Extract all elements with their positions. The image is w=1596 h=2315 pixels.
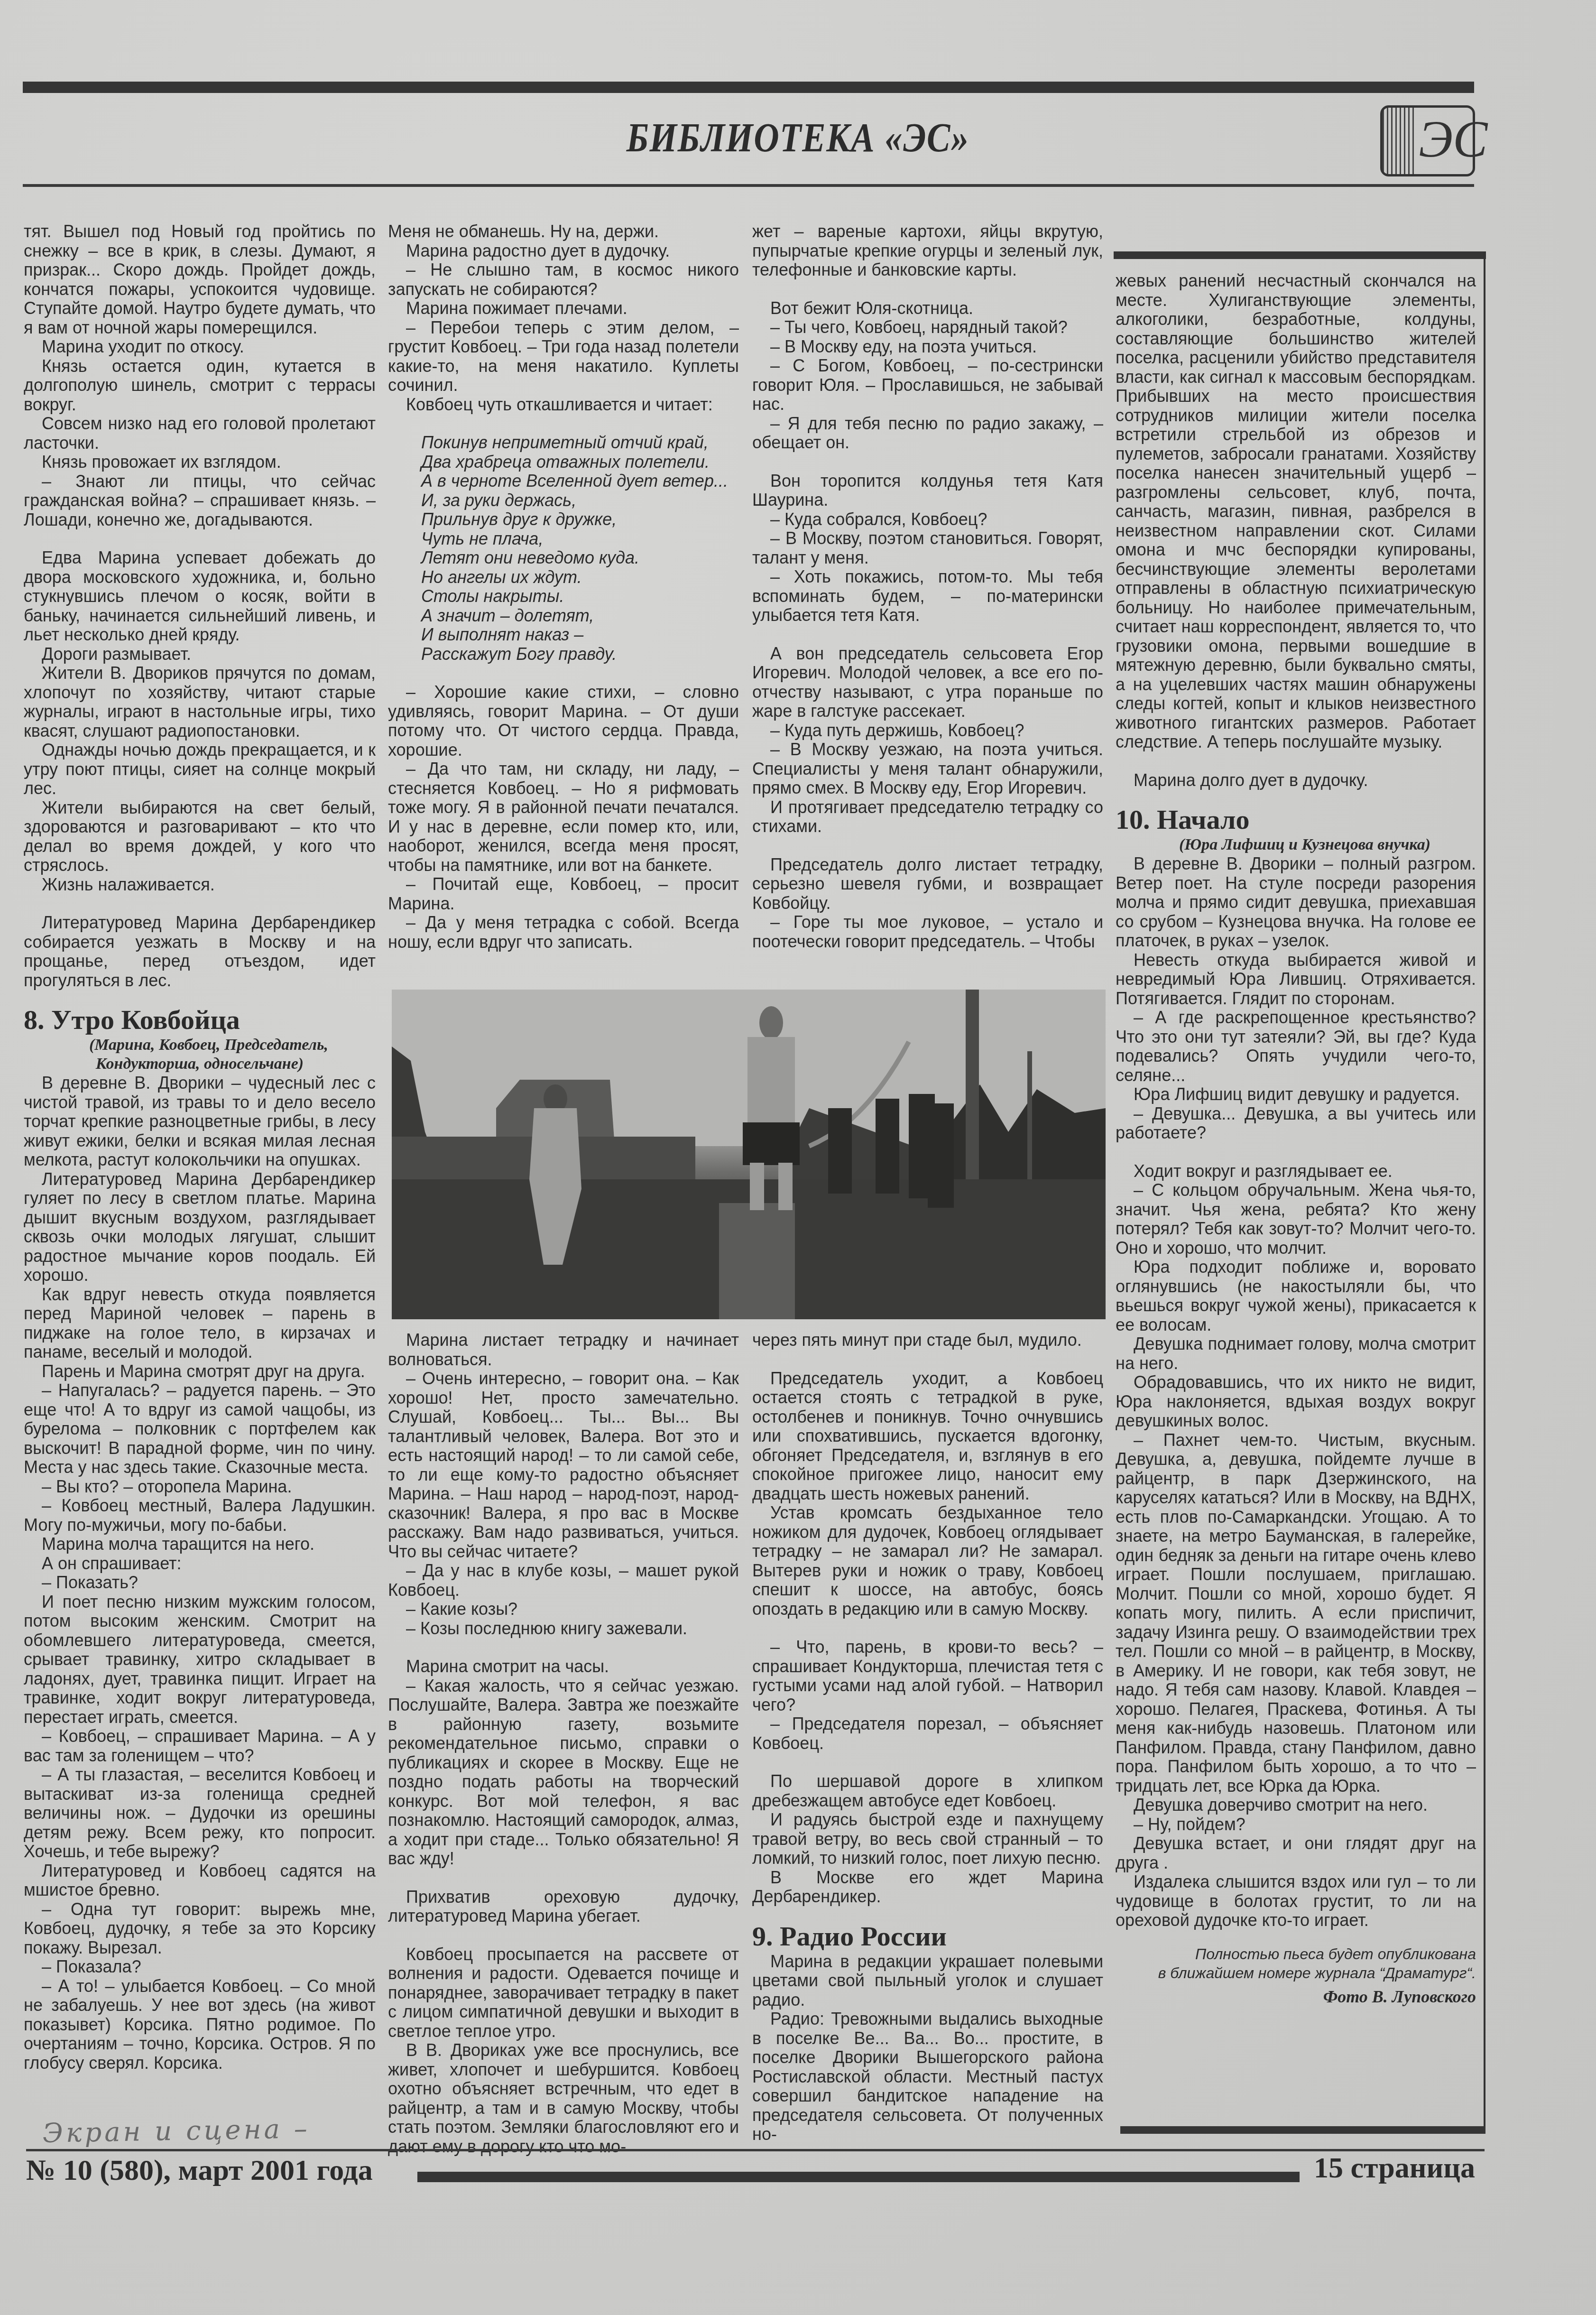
paragraph: Ковбоец просыпается на рассвете от волне… [388, 1945, 739, 2041]
footer-rule [26, 2149, 1485, 2151]
paragraph: – Почитай еще, Ковбоец, – просит Марина. [388, 875, 739, 913]
paragraph: – Очень интересно, – говорит она. – Как … [388, 1369, 739, 1561]
poem-line: И выполнят наказ – [421, 625, 739, 645]
paragraph: – В Москву еду, на поэта учиться. [752, 337, 1103, 357]
paragraph: – В Москву, поэтом становиться. Говорят,… [752, 529, 1103, 567]
paragraph: И поет песню низким мужским голосом, пот… [24, 1593, 376, 1727]
paragraph: А он спрашивает: [24, 1554, 376, 1574]
header-bottom-rule [23, 184, 1474, 187]
paragraph: Марина долго дует в дудочку. [1116, 771, 1476, 790]
paragraph: – Горе ты мое луковое, – устало и поотеч… [752, 913, 1103, 951]
poem: Покинув неприметный отчий край, Два храб… [421, 433, 739, 664]
paragraph: В В. Двориках уже все проснулись, все жи… [388, 2041, 739, 2156]
paragraph: Князь остается один, кутается в долгопол… [24, 357, 376, 415]
paragraph: – Козы последнюю книгу зажевали. [388, 1619, 739, 1639]
paragraph: Издалека слышится вздох или гул – то ли … [1116, 1872, 1476, 1930]
paragraph: жевых ранений несчастный скончался на ме… [1116, 271, 1476, 752]
page-number: 15 страница [1314, 2151, 1475, 2185]
poem-line: А в черноте Вселенной дует ветер... [421, 472, 739, 491]
paragraph: – Какая жалость, что я сейчас уезжаю. По… [388, 1676, 739, 1869]
paragraph: Марина смотрит на часы. [388, 1657, 739, 1676]
paragraph: Марина уходит по откосу. [24, 337, 376, 357]
poem-line: Столы накрыты. [421, 587, 739, 606]
publication-note-line-1: Полностью пьеса будет опубликована [1116, 1945, 1476, 1963]
scene-photo [392, 990, 1106, 1319]
paragraph: В деревне В. Дворики – полный разгром. В… [1116, 854, 1476, 951]
paragraph: – Что, парень, в крови-то весь? – спраши… [752, 1638, 1103, 1714]
scene-heading: 10. Начало [1116, 804, 1476, 835]
paragraph: – Какие козы? [388, 1600, 739, 1619]
paragraph: – Показать? [24, 1573, 376, 1593]
paragraph: Прихватив ореховую дудочку, литературове… [388, 1888, 739, 1926]
paragraph: – А то! – улыбается Ковбоец. – Со мной н… [24, 1977, 376, 2073]
paragraph: – Хорошие какие стихи, – словно удивляяс… [388, 683, 739, 759]
paragraph: – Куда собрался, Ковбоец? [752, 510, 1103, 529]
scene-cast: (Марина, Ковбоец, Председатель, Кондукто… [24, 1036, 376, 1074]
paragraph: Совсем низко над его головой пролетают л… [24, 414, 376, 453]
paragraph: В деревне В. Дворики – чудесный лес с чи… [24, 1074, 376, 1170]
paragraph: Едва Марина успевает добежать до двора м… [24, 548, 376, 645]
paragraph: Девушка доверчиво смотрит на него. [1116, 1796, 1476, 1815]
paragraph: Литературовед Марина Дербарендикер собир… [24, 913, 376, 990]
column-1: тят. Вышел под Новый год пройтись по сне… [24, 222, 376, 2073]
box-bottom-rule [1120, 2126, 1485, 2134]
poem-line: Прильнув друг к дружке, [421, 510, 739, 529]
paragraph: – Ковбоец местный, Валера Ладушкин. Могу… [24, 1496, 376, 1535]
paragraph: – Да у меня тетрадка с собой. Всегда нош… [388, 913, 739, 952]
paragraph: – С кольцом обручальным. Жена чья-то, зн… [1116, 1181, 1476, 1258]
poem-line: Но ангелы их ждут. [421, 568, 739, 587]
photo-illustration [392, 990, 1106, 1319]
paragraph: тят. Вышел под Новый год пройтись по сне… [24, 222, 376, 337]
paragraph: Вот бежит Юля-скотница. [752, 299, 1103, 318]
paragraph: Дороги размывает. [24, 645, 376, 664]
column-3-top: жет – вареные картохи, яйцы вкрутую, пуп… [752, 222, 1103, 951]
paragraph: Как вдруг невесть откуда появляется пере… [24, 1285, 376, 1362]
paragraph: Парень и Марина смотрят друг на друга. [24, 1362, 376, 1381]
publication-note-line-2: в ближайшем номере журнала “Драматург“. [1116, 1963, 1476, 1982]
paragraph: – А где раскрепощенное крестьянство? Что… [1116, 1008, 1476, 1085]
paragraph: – В Москву уезжаю, на поэта учиться. Спе… [752, 740, 1103, 798]
paragraph: Марина в редакции украшает полевыми цвет… [752, 1952, 1103, 2010]
paragraph: Радио: Тревожными выдались выходные в по… [752, 2009, 1103, 2144]
paragraph: – Да что там, ни складу, ни ладу, – стес… [388, 759, 739, 875]
paragraph: Председатель долго листает тетрадку, сер… [752, 855, 1103, 913]
paragraph: Литературовед и Ковбоец садятся на мшист… [24, 1861, 376, 1900]
paragraph: Юра подходит поближе и, воровато оглянув… [1116, 1258, 1476, 1334]
paragraph: Девушка поднимает голову, молча смотрит … [1116, 1334, 1476, 1373]
paragraph: Невесть откуда выбирается живой и невред… [1116, 951, 1476, 1009]
paragraph: – Знают ли птицы, что сейчас гражданская… [24, 472, 376, 530]
paragraph: В Москве его ждет Марина Дербарендикер. [752, 1868, 1103, 1907]
paragraph: Обрадовавшись, что их никто не видит, Юр… [1116, 1373, 1476, 1431]
scene-heading: 9. Радио России [752, 1921, 1103, 1952]
paragraph: – Напугалась? – радуется парень. – Это е… [24, 1381, 376, 1477]
paragraph: – Девушка... Девушка, а вы учитесь или р… [1116, 1104, 1476, 1143]
paragraph: Марина пожимает плечами. [388, 299, 739, 318]
poem-line: А значит – долетят, [421, 606, 739, 626]
paragraph: Литературовед Марина Дербарендикер гуляе… [24, 1170, 376, 1285]
header-top-rule [23, 82, 1474, 93]
poem-line: Покинув неприметный отчий край, [421, 433, 739, 453]
paragraph: Марина листает тетрадку и начинает волно… [388, 1331, 739, 1369]
paragraph: – Показала? [24, 1957, 376, 1977]
paragraph: И протягивает председателю тетрадку со с… [752, 798, 1103, 836]
paragraph: – Хоть покажись, потом-то. Мы тебя вспом… [752, 567, 1103, 625]
paragraph: Жители В. Двориков прячутся по домам, хл… [24, 664, 376, 741]
paragraph: Девушка встает, и они глядят друг на дру… [1116, 1834, 1476, 1872]
paragraph: И радуясь быстрой езде и пахнущему траво… [752, 1810, 1103, 1868]
paragraph: Меня не обманешь. Ну на, держи. [388, 222, 739, 241]
paragraph: Вон торопится колдунья тетя Катя Шаурина… [752, 472, 1103, 510]
paragraph: жет – вареные картохи, яйцы вкрутую, пуп… [752, 222, 1103, 280]
paragraph: – Председателя порезал, – объясняет Ковб… [752, 1714, 1103, 1753]
paragraph: – Ну, пойдем? [1116, 1815, 1476, 1834]
paragraph: Жизнь налаживается. [24, 875, 376, 895]
section-masthead: БИБЛИОТЕКА «ЭС» [0, 114, 1596, 161]
paragraph: – С Богом, Ковбоец, – по-сестрински гово… [752, 356, 1103, 414]
paragraph: Жители выбираются на свет белый, здорова… [24, 798, 376, 875]
paragraph: Устав кромсать бездыханное тело ножиком … [752, 1503, 1103, 1619]
paragraph: Юра Лифшиц видит девушку и радуется. [1116, 1085, 1476, 1104]
paragraph: – Вы кто? – оторопела Марина. [24, 1477, 376, 1497]
paragraph: – Ты чего, Ковбоец, нарядный такой? [752, 318, 1103, 337]
paragraph: Марина молча таращится на него. [24, 1535, 376, 1554]
paragraph: – Ковбоец, – спрашивает Марина. – А у ва… [24, 1727, 376, 1765]
paragraph: Председатель уходит, а Ковбоец остается … [752, 1369, 1103, 1504]
paragraph: – Одна тут говорит: вырежь мне, Ковбоец,… [24, 1900, 376, 1958]
poem-line: И, за руки держась, [421, 491, 739, 510]
paragraph: Однажды ночью дождь прекращается, и к ут… [24, 741, 376, 798]
paragraph: через пять минут при стаде был, мудило. [752, 1331, 1103, 1350]
paragraph: – Да у нас в клубе козы, – машет рукой К… [388, 1561, 739, 1600]
column-4: жевых ранений несчастный скончался на ме… [1116, 271, 1476, 2006]
paragraph: – Я для тебя песню по радио закажу, – об… [752, 414, 1103, 453]
paragraph: – Пахнет чем-то. Чистым, вкусным. Девушк… [1116, 1431, 1476, 1796]
column-3-bottom: через пять минут при стаде был, мудило. … [752, 1331, 1103, 2144]
paragraph: Ходит вокруг и разглядывает ее. [1116, 1162, 1476, 1181]
es-logo-icon: ЭС [1380, 105, 1475, 176]
poem-line: Два храбреца отважных полетели. [421, 453, 739, 472]
paragraph: – А ты глазастая, – веселится Ковбоец и … [24, 1765, 376, 1861]
paragraph: Князь провожает их взглядом. [24, 453, 376, 472]
footer-bar [417, 2172, 1300, 2182]
section-title: БИБЛИОТЕКА «ЭС» [627, 114, 969, 161]
scene-cast: (Юра Лифшиц и Кузнецова внучка) [1116, 835, 1476, 854]
handwritten-note: Экран и сцена – [42, 2113, 310, 2149]
paragraph: – Не слышно там, в космос никого запуска… [388, 260, 739, 299]
paragraph: Ковбоец чуть откашливается и читает: [388, 395, 739, 415]
photo-credit: Фото В. Луповского [1116, 1987, 1476, 2007]
paragraph: – Куда путь держишь, Ковбоец? [752, 721, 1103, 741]
paragraph: А вон председатель сельсовета Егор Игоре… [752, 644, 1103, 721]
logo-text: ЭС [1419, 111, 1487, 167]
column-2-bottom: Марина листает тетрадку и начинает волно… [388, 1331, 739, 2156]
poem-line: Летят они неведомо куда. [421, 548, 739, 568]
scene-heading: 8. Утро Ковбойца [24, 1004, 376, 1036]
poem-line: Чуть не плача, [421, 529, 739, 549]
paragraph: Марина радостно дует в дудочку. [388, 241, 739, 261]
poem-line: Расскажут Богу правду. [421, 645, 739, 664]
paragraph: – Перебои теперь с этим делом, – грустит… [388, 318, 739, 395]
paragraph: По шершавой дороге в хлипком дребезжащем… [752, 1772, 1103, 1810]
column-2-top: Меня не обманешь. Ну на, держи. Марина р… [388, 222, 739, 952]
issue-info: № 10 (580), март 2001 года [26, 2154, 373, 2187]
